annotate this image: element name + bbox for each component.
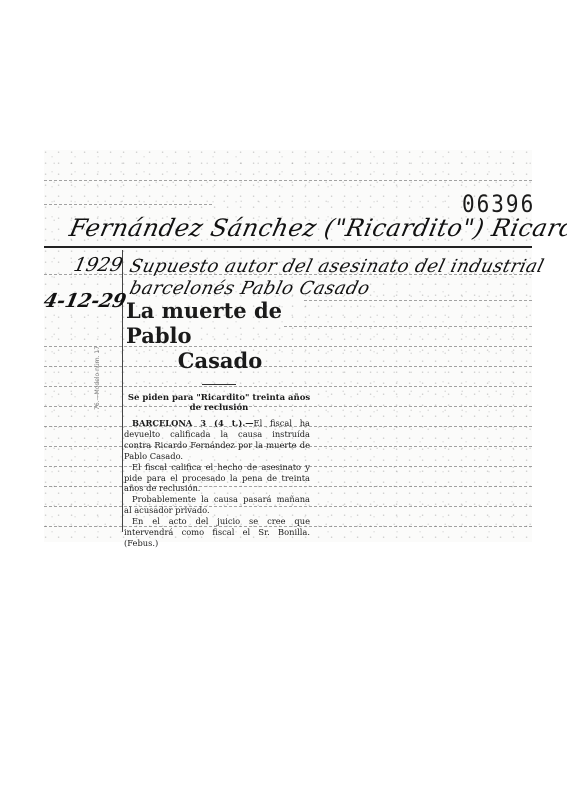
newspaper-clipping: La muerte de Pablo Casado Se piden para … xyxy=(124,298,314,549)
handwritten-subject-line-1: Supuesto autor del asesinato del industr… xyxy=(127,256,546,277)
dateline: BARCELONA 3 (4 t.).— xyxy=(132,418,254,428)
ruled-line xyxy=(44,204,212,205)
handwritten-name: Fernández Sánchez ("Ricardito") Ricardo xyxy=(67,214,567,242)
form-model-label: 76.—Modelo núm. 17 xyxy=(94,346,101,410)
clipping-headline: La muerte de Pablo Casado xyxy=(124,298,314,374)
index-card: 06396 Fernández Sánchez ("Ricardito") Ri… xyxy=(44,150,532,542)
clipping-body: BARCELONA 3 (4 t.).—El fiscal ha devuelt… xyxy=(124,418,314,549)
header-rule xyxy=(44,246,532,248)
clipping-subheadline: Se piden para "Ricardito" treinta años d… xyxy=(124,393,314,414)
headline-line-1: La muerte de Pablo xyxy=(126,298,282,348)
ruled-line xyxy=(44,180,532,181)
headline-line-2: Casado xyxy=(126,348,314,373)
paragraph: El fiscal califica el hecho de asesinato… xyxy=(124,462,310,495)
paragraph: BARCELONA 3 (4 t.).—El fiscal ha devuelt… xyxy=(124,418,310,462)
handwritten-year: 1929 xyxy=(72,254,125,276)
ruled-line xyxy=(304,300,532,301)
paragraph: En el acto del juicio se cree que interv… xyxy=(124,516,310,549)
handwritten-date: 4-12-29 xyxy=(42,290,129,312)
headline-separator xyxy=(202,384,236,385)
handwritten-subject-line-2: barcelonés Pablo Casado xyxy=(127,278,372,299)
ruled-line xyxy=(284,326,532,327)
paragraph: Probablemente la causa pasará mañana al … xyxy=(124,494,310,516)
